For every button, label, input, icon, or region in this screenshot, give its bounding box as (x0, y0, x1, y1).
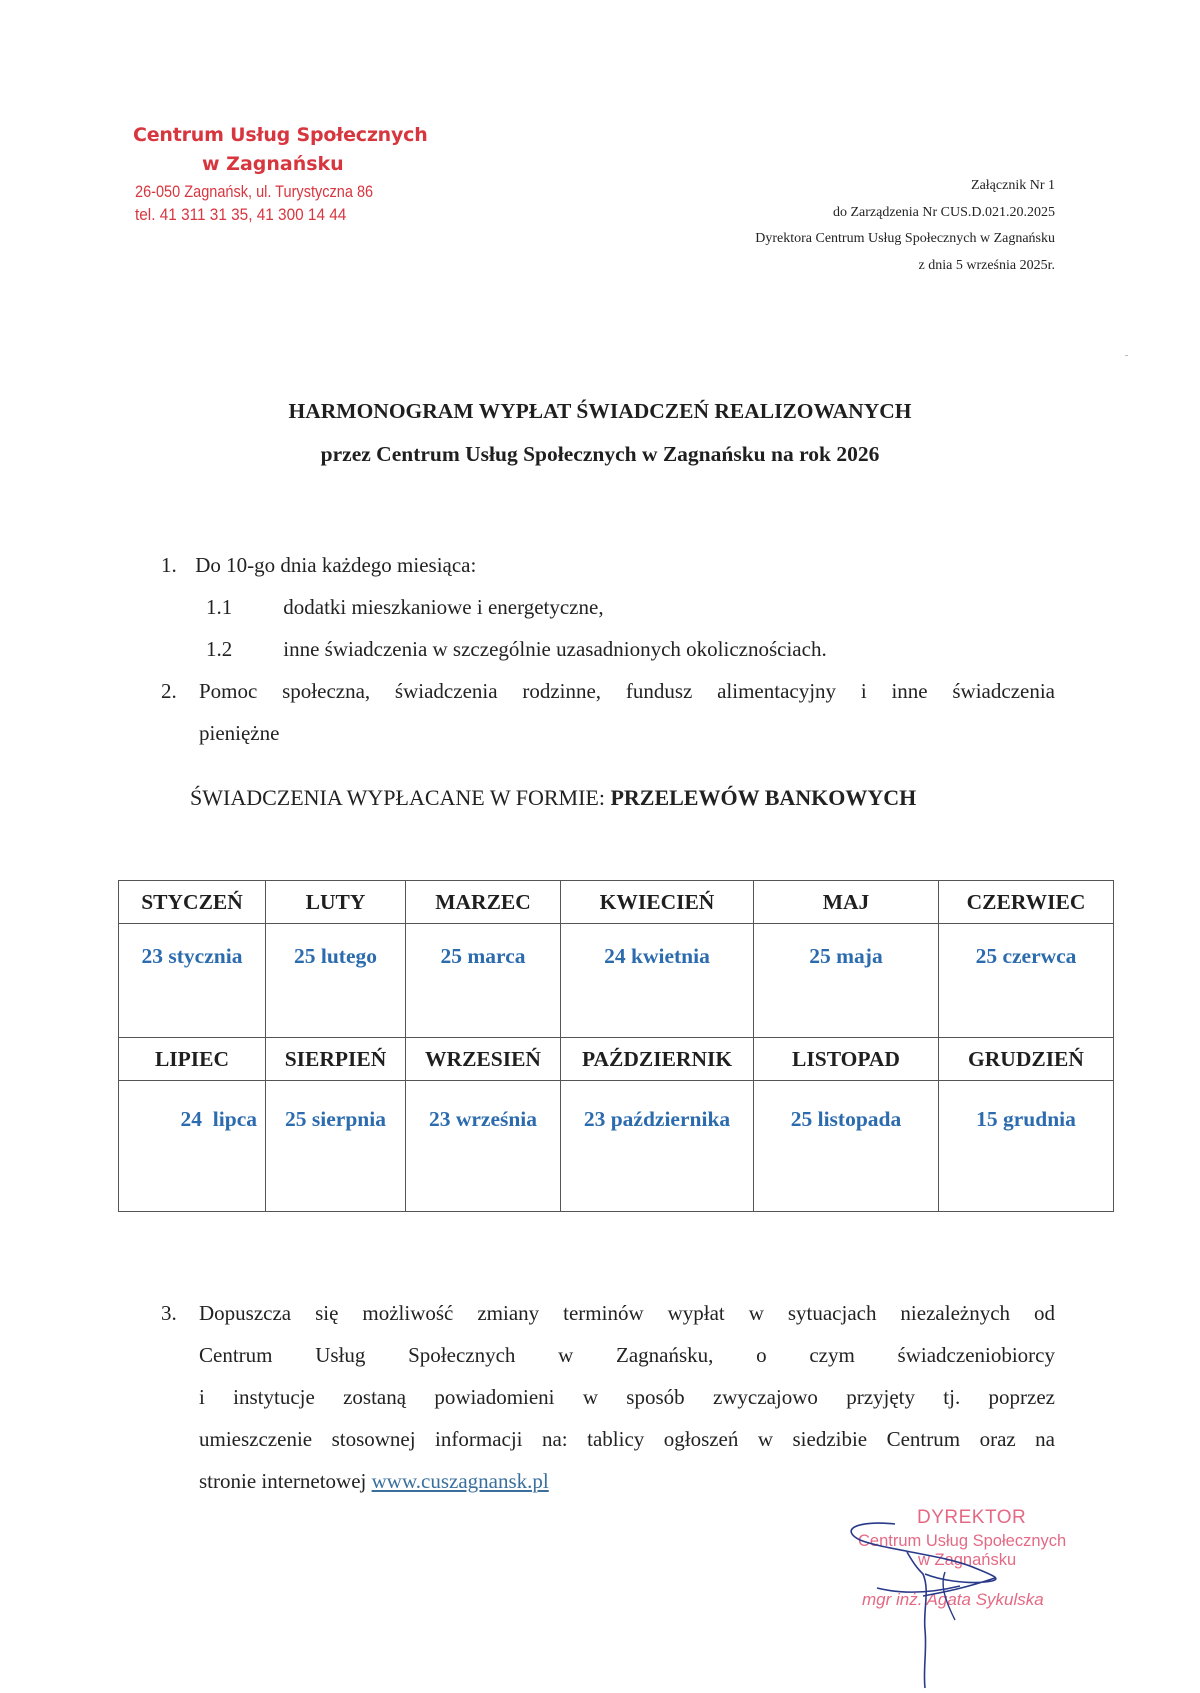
payment-date: 25 marca (406, 924, 561, 1038)
payment-date: 25 maja (754, 924, 939, 1038)
month-header: MARZEC (406, 881, 561, 924)
payment-form-line: ŚWIADCZENIA WYPŁACANE W FORMIE: PRZELEWÓ… (190, 785, 916, 811)
item-3-line4: umieszczenie stosownej informacji na: ta… (199, 1427, 1055, 1452)
org-address: 26-050 Zagnańsk, ul. Turystyczna 86 (135, 183, 373, 202)
item-2-text-line1: Pomoc społeczna, świadczenia rodzinne, f… (199, 679, 1055, 704)
annex-date: z dnia 5 września 2025r. (755, 253, 1055, 280)
month-header: SIERPIEŃ (266, 1038, 406, 1081)
item-2-number: 2. (161, 679, 177, 704)
payment-date: 25 lutego (266, 924, 406, 1038)
org-name: Centrum Usług Społecznych (133, 124, 428, 146)
payment-date: 15 grudnia (939, 1081, 1114, 1212)
item-3-line3: i instytucje zostaną powiadomieni w spos… (199, 1385, 1055, 1410)
month-header: STYCZEŃ (119, 881, 266, 924)
item-3-number: 3. (161, 1301, 177, 1326)
subitem-1-1: 1.1 dodatki mieszkaniowe i energetyczne, (206, 595, 604, 620)
subitem-1-2-text: inne świadczenia w szczególnie uzasadnio… (283, 637, 826, 661)
payment-date: 25 listopada (754, 1081, 939, 1212)
payment-date: 23 października (561, 1081, 754, 1212)
item-2-text-line2: pieniężne (199, 721, 279, 746)
payment-date: 23 stycznia (119, 924, 266, 1038)
website-link[interactable]: www.cuszagnansk.pl (372, 1469, 549, 1493)
annex-reference: Załącznik Nr 1 do Zarządzenia Nr CUS.D.0… (755, 173, 1055, 279)
month-header: CZERWIEC (939, 881, 1114, 924)
payment-schedule-table: STYCZEŃ LUTY MARZEC KWIECIEŃ MAJ CZERWIE… (118, 880, 1114, 1212)
item-3-line5-text: stronie internetowej (199, 1469, 372, 1493)
item-3-line2: Centrum Usług Społecznych w Zagnańsku, o… (199, 1343, 1055, 1368)
subitem-1-2: 1.2 inne świadczenia w szczególnie uzasa… (206, 637, 827, 662)
item-1-number: 1. (161, 553, 177, 577)
month-header: LIPIEC (119, 1038, 266, 1081)
payment-date-row: 23 stycznia 25 lutego 25 marca 24 kwietn… (119, 924, 1114, 1038)
payment-date: 24 kwietnia (561, 924, 754, 1038)
payment-form-label: ŚWIADCZENIA WYPŁACANE W FORMIE: (190, 785, 610, 810)
payment-date-row: 24 lipca 25 sierpnia 23 września 23 paźd… (119, 1081, 1114, 1212)
subitem-1-2-number: 1.2 (206, 637, 278, 662)
org-location: w Zagnańsku (202, 153, 344, 175)
document-subtitle: przez Centrum Usług Społecznych w Zagnań… (0, 442, 1200, 467)
annex-issuer: Dyrektora Centrum Usług Społecznych w Za… (755, 226, 1055, 253)
scan-mark (1125, 355, 1128, 356)
payment-date: 24 lipca (119, 1081, 266, 1212)
month-header: LISTOPAD (754, 1038, 939, 1081)
annex-number: Załącznik Nr 1 (755, 173, 1055, 200)
payment-date: 25 czerwca (939, 924, 1114, 1038)
month-header-row: LIPIEC SIERPIEŃ WRZESIEŃ PAŹDZIERNIK LIS… (119, 1038, 1114, 1081)
payment-date: 23 września (406, 1081, 561, 1212)
item-1: 1. Do 10-go dnia każdego miesiąca: (161, 553, 476, 578)
month-header: MAJ (754, 881, 939, 924)
item-1-text: Do 10-go dnia każdego miesiąca: (195, 553, 476, 577)
annex-ordinance: do Zarządzenia Nr CUS.D.021.20.2025 (755, 200, 1055, 227)
payment-date: 25 sierpnia (266, 1081, 406, 1212)
item-3-line1: Dopuszcza się możliwość zmiany terminów … (199, 1301, 1055, 1326)
month-header: LUTY (266, 881, 406, 924)
month-header: KWIECIEŃ (561, 881, 754, 924)
item-3-line5: stronie internetowej www.cuszagnansk.pl (199, 1469, 549, 1494)
subitem-1-1-text: dodatki mieszkaniowe i energetyczne, (283, 595, 603, 619)
month-header: PAŹDZIERNIK (561, 1038, 754, 1081)
subitem-1-1-number: 1.1 (206, 595, 278, 620)
payment-form-method: PRZELEWÓW BANKOWYCH (610, 785, 916, 810)
month-header: WRZESIEŃ (406, 1038, 561, 1081)
month-header-row: STYCZEŃ LUTY MARZEC KWIECIEŃ MAJ CZERWIE… (119, 881, 1114, 924)
handwritten-signature-icon (845, 1500, 1025, 1690)
month-header: GRUDZIEŃ (939, 1038, 1114, 1081)
org-phone: tel. 41 311 31 35, 41 300 14 44 (135, 206, 346, 225)
document-title: HARMONOGRAM WYPŁAT ŚWIADCZEŃ REALIZOWANY… (0, 399, 1200, 424)
